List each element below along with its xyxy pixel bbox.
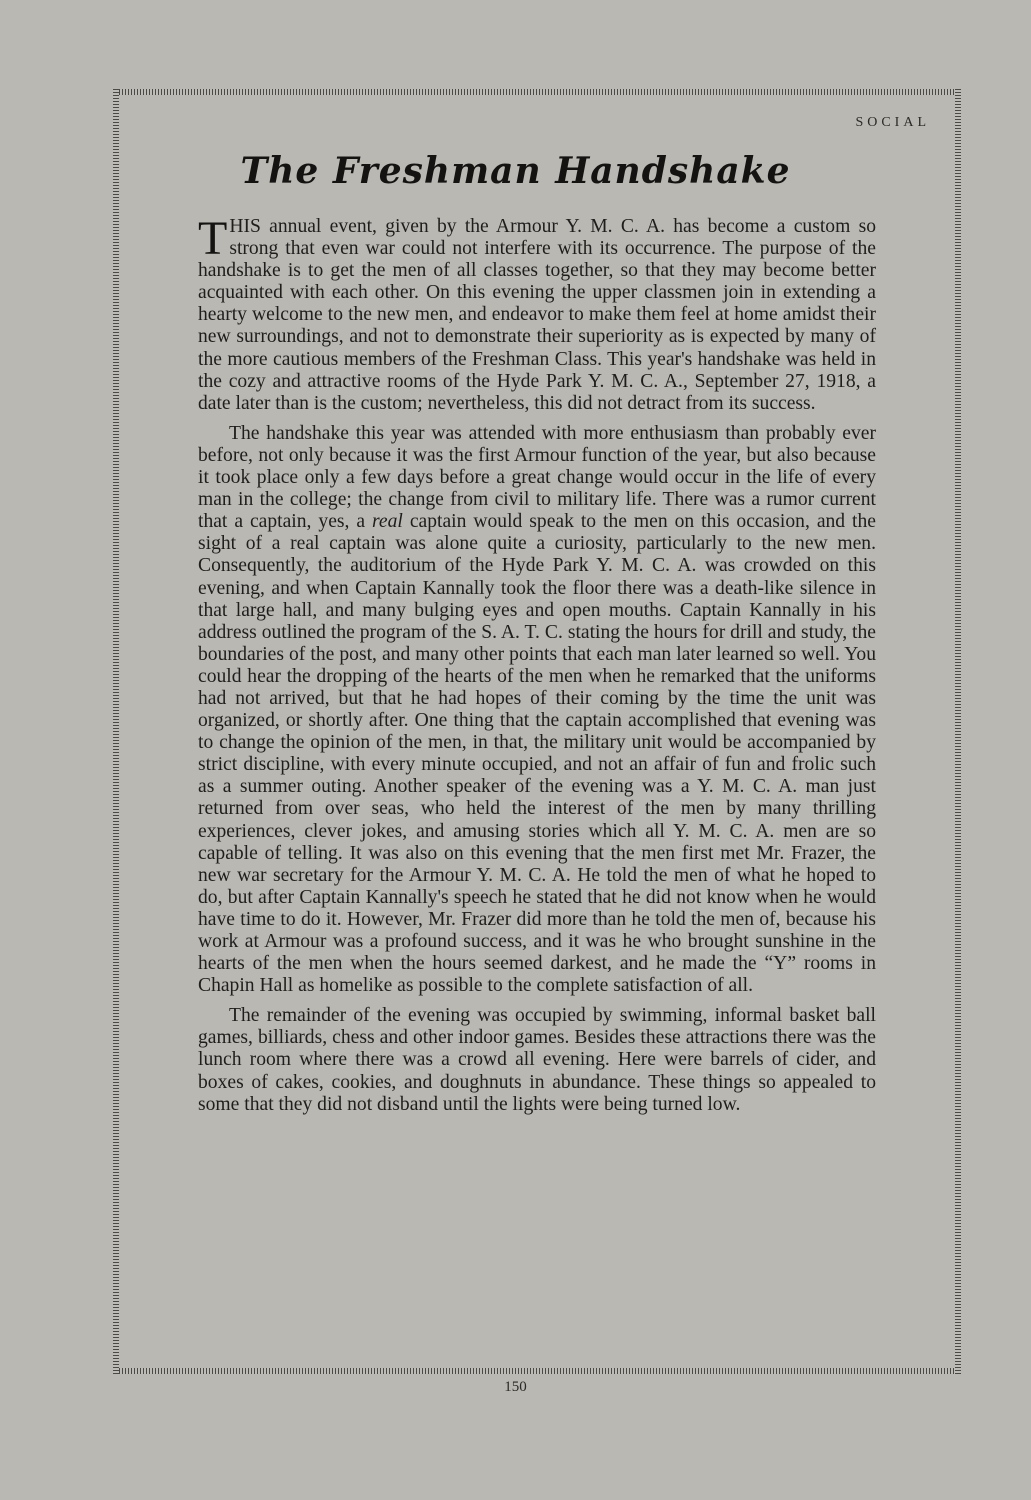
section-label: SOCIAL	[855, 115, 930, 131]
article-body: THIS annual event, given by the Armour Y…	[198, 216, 876, 1124]
drop-cap: T	[198, 216, 227, 258]
border-bottom	[113, 1368, 961, 1374]
paragraph-3: The remainder of the evening was occupie…	[198, 1005, 876, 1115]
border-top	[113, 89, 961, 95]
page-title: The Freshman Handshake	[0, 150, 1031, 192]
paragraph-1: THIS annual event, given by the Armour Y…	[198, 216, 876, 415]
emphasis-real: real	[372, 511, 403, 532]
border-left	[113, 89, 119, 1374]
paragraph-2: The handshake this year was attended wit…	[198, 423, 876, 997]
paragraph-1-text: HIS annual event, given by the Armour Y.…	[198, 216, 876, 414]
page-number: 150	[0, 1379, 1031, 1396]
border-right	[955, 89, 961, 1374]
